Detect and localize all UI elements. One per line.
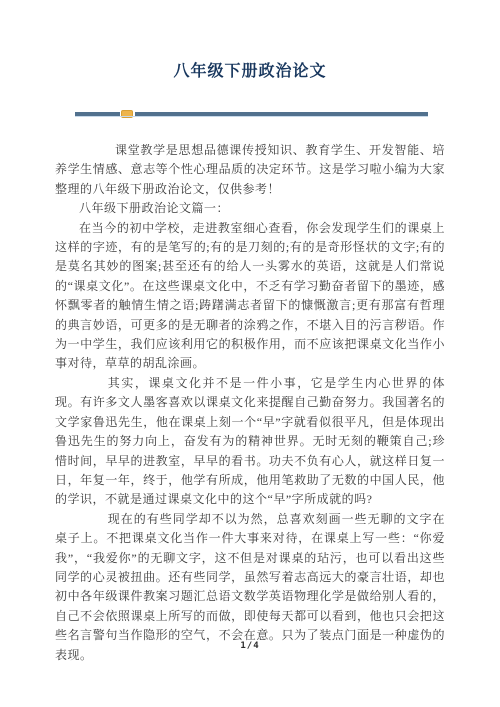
document-page: 八年级下册政治论文 课堂教学是思想品德课传授知识、教育学生、开发智能、培养学生情…	[0, 0, 500, 707]
paragraph-intro: 课堂教学是思想品德课传授知识、教育学生、开发智能、培养学生情感、意志等个性心理品…	[55, 141, 445, 199]
title-divider	[75, 112, 428, 118]
divider-shadow	[75, 116, 428, 117]
page-title: 八年级下册政治论文	[0, 58, 500, 81]
page-number-indicator: 1/4	[0, 641, 500, 651]
paragraph-section-heading: 八年级下册政治论文篇一：	[55, 199, 445, 218]
paragraph-body-1: 在当今的初中学校，走进教室细心查看，你会发现学生们的课桌上这样的字迹，有的是笔写…	[55, 219, 445, 374]
paragraph-body-2: 其实，课桌文化并不是一件小事，它是学生内心世界的体现。有许多文人墨客喜欢以课桌文…	[55, 374, 445, 510]
document-body: 课堂教学是思想品德课传授知识、教育学生、开发智能、培养学生情感、意志等个性心理品…	[55, 141, 445, 665]
